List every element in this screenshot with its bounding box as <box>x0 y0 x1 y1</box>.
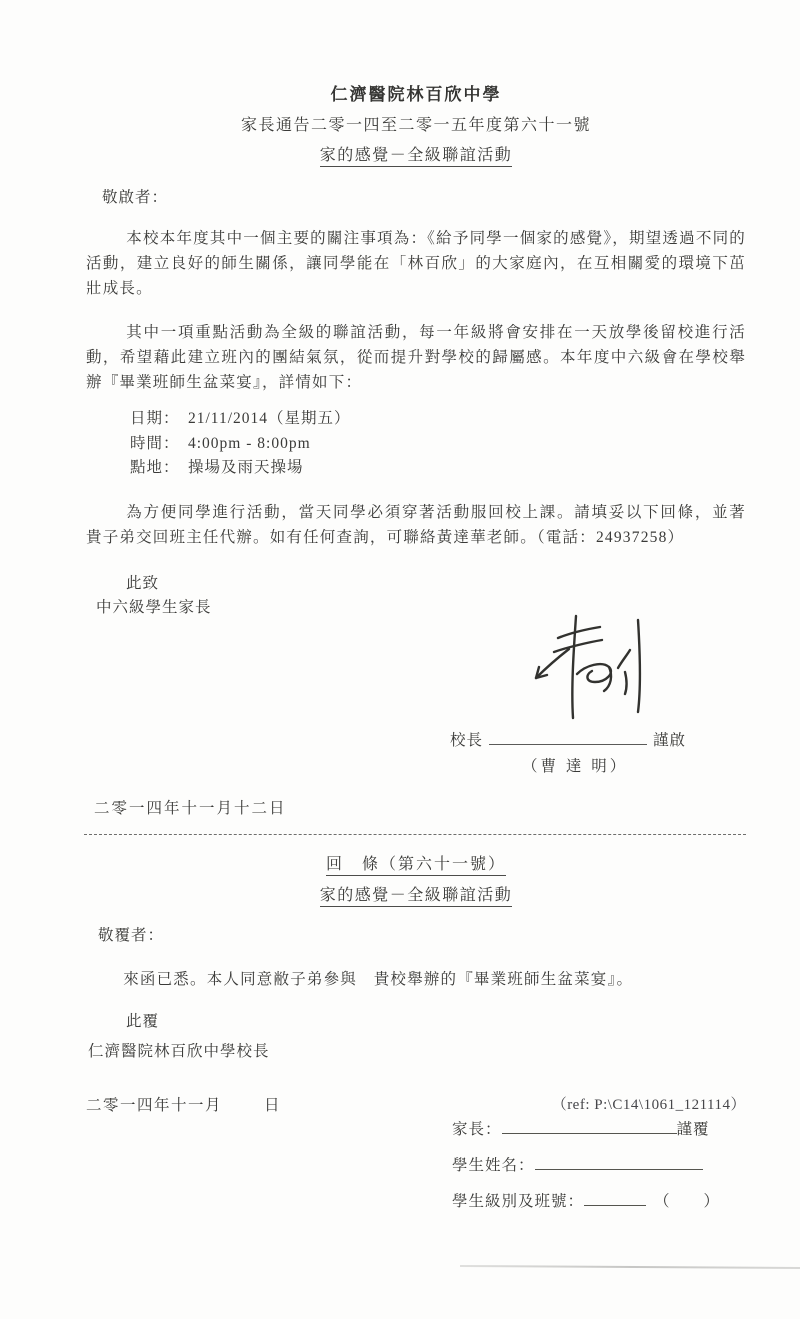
detail-date: 日期： 21/11/2014（星期五） <box>130 407 746 432</box>
detail-time-label: 時間： <box>130 432 188 457</box>
reply-date-prefix: 二零一四年十一月 <box>86 1097 222 1114</box>
principal-signature <box>514 612 664 730</box>
reply-body: 來函已悉。本人同意敝子弟參與 貴校舉辦的『畢業班師生盆菜宴』。 <box>86 967 746 992</box>
parent-signature-row: 家長：謹覆 <box>452 1112 746 1148</box>
student-class-row: 學生級別及班號：（ ） <box>452 1184 746 1220</box>
reply-slip-title: 回 條（第六十一號） <box>86 851 746 874</box>
student-class-label: 學生級別及班號： <box>452 1193 584 1210</box>
paragraph-3: 為方便同學進行活動，當天同學必須穿著活動服回校上課。請填妥以下回條，並著 貴子弟… <box>86 500 746 550</box>
salutation: 敬啟者： <box>102 185 746 207</box>
paragraph-1: 本校本年度其中一個主要的關注事項為：《給予同學一個家的感覺》，期望透過不同的活動… <box>86 226 746 301</box>
signature-area: 校長謹啟 （曹 達 明） <box>86 624 746 774</box>
notice-subject: 家的感覺－全級聯誼活動 <box>86 142 746 165</box>
notice-date: 二零一四年十一月十二日 <box>94 796 746 818</box>
signature-underline <box>489 730 647 745</box>
student-name-blank <box>535 1155 703 1170</box>
detail-date-label: 日期： <box>130 407 188 432</box>
paragraph-2: 其中一項重點活動為全級的聯誼活動，每一年級將會安排在一天放學後留校進行活動，希望… <box>86 320 746 395</box>
reply-form-fields: 家長：謹覆 學生姓名： 學生級別及班號：（ ） <box>452 1112 746 1220</box>
notice-subject-text: 家的感覺－全級聯誼活動 <box>320 147 513 167</box>
principal-name: （曹 達 明） <box>522 754 628 776</box>
notice-number-line: 家長通告二零一四至二零一五年度第六十一號 <box>86 112 746 135</box>
reply-slip-title-text: 回 條（第六十一號） <box>326 856 506 876</box>
reply-slip-subject: 家的感覺－全級聯誼活動 <box>86 882 746 905</box>
scanned-notice-page: 仁濟醫院林百欣中學 家長通告二零一四至二零一五年度第六十一號 家的感覺－全級聯誼… <box>0 0 800 1319</box>
class-number-brackets: （ ） <box>654 1193 720 1210</box>
notice-content: 仁濟醫院林百欣中學 家長通告二零一四至二零一五年度第六十一號 家的感覺－全級聯誼… <box>86 0 746 1220</box>
detail-venue: 點地： 操場及雨天操場 <box>130 456 746 481</box>
reply-salutation: 敬覆者： <box>98 923 746 945</box>
detail-date-value: 21/11/2014（星期五） <box>188 407 351 432</box>
signoff-label: 謹啟 <box>653 732 686 749</box>
parent-signature-blank <box>502 1119 677 1134</box>
event-details: 日期： 21/11/2014（星期五） 時間： 4:00pm - 8:00pm … <box>130 407 746 481</box>
student-class-blank <box>584 1191 646 1206</box>
reply-closing-word: 此覆 <box>126 1010 746 1034</box>
detail-venue-value: 操場及雨天操場 <box>188 456 304 481</box>
reply-date-line: 二零一四年十一月日 <box>86 1093 281 1115</box>
parent-label: 家長： <box>452 1121 502 1138</box>
reply-closing-block: 此覆 仁濟醫院林百欣中學校長 <box>86 1010 746 1064</box>
reply-addressee: 仁濟醫院林百欣中學校長 <box>88 1040 746 1064</box>
detail-time: 時間： 4:00pm - 8:00pm <box>130 432 746 457</box>
principal-label: 校長 <box>450 732 483 749</box>
reply-date-day: 日 <box>264 1097 281 1114</box>
parent-signoff-label: 謹覆 <box>677 1121 710 1138</box>
file-reference: （ref: P:\C14\1061_121114） <box>552 1093 746 1115</box>
detail-venue-label: 點地： <box>130 456 188 481</box>
student-name-row: 學生姓名： <box>452 1148 746 1184</box>
cut-line-divider <box>84 834 746 835</box>
closing-word: 此致 <box>126 572 746 596</box>
principal-sign-line: 校長謹啟 <box>450 728 686 750</box>
detail-time-value: 4:00pm - 8:00pm <box>188 432 311 457</box>
scan-artifact-line <box>460 1265 800 1269</box>
reply-slip-subject-text: 家的感覺－全級聯誼活動 <box>320 887 513 907</box>
bottom-row: 二零一四年十一月日 （ref: P:\C14\1061_121114） <box>86 1093 746 1115</box>
school-name: 仁濟醫院林百欣中學 <box>86 80 746 105</box>
student-name-label: 學生姓名： <box>452 1157 535 1174</box>
